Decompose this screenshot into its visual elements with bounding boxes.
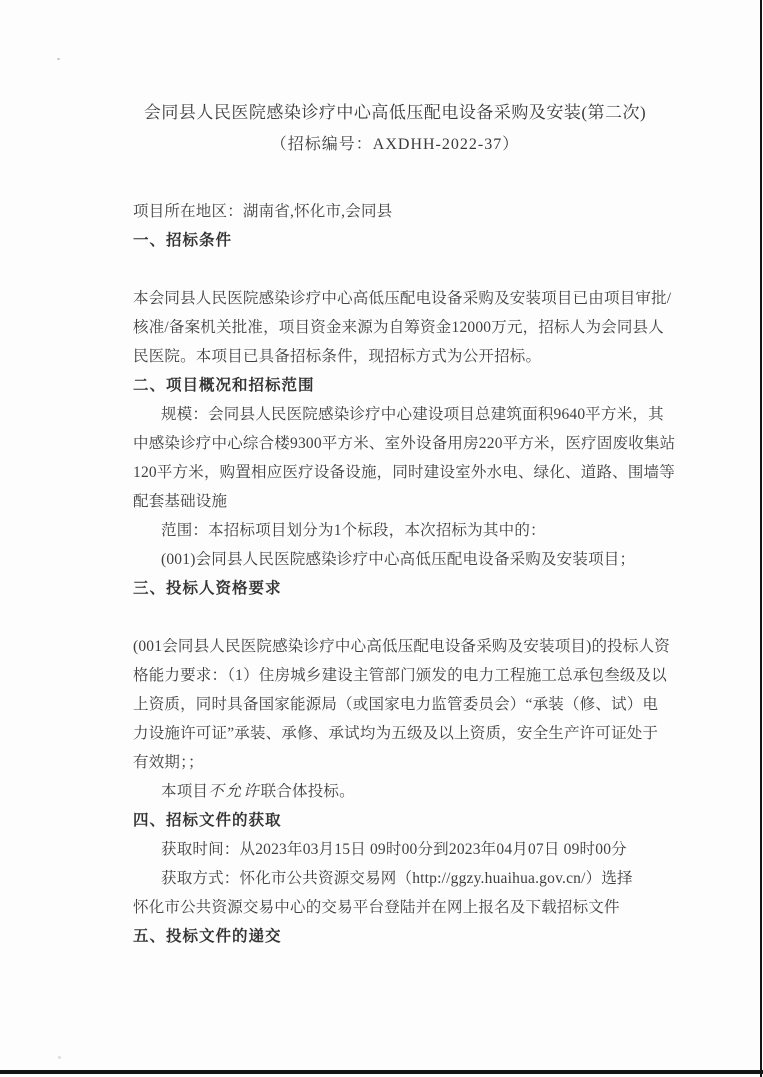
no-joint-venture-prefix: 本项目 xyxy=(161,783,208,800)
tender-number: （招标编号：AXDHH-2022-37） xyxy=(133,129,657,161)
para-line: 有效期；； xyxy=(133,748,657,777)
scan-speck xyxy=(58,1056,61,1059)
para-line: 民医院。本项目已具备招标条件，现招标方式为公开招标。 xyxy=(133,342,657,371)
spacer xyxy=(133,603,657,632)
no-joint-venture-suffix: 联合体投标。 xyxy=(261,783,355,800)
spacer xyxy=(133,161,657,197)
para-line: 配套基础设施 xyxy=(133,487,657,516)
project-location: 项目所在地区：湖南省,怀化市,会同县 xyxy=(133,197,657,226)
para-line-obtain-time: 获取时间：从2023年03月15日 09时00分到2023年04月07日 09时… xyxy=(133,835,657,864)
section-heading-3-bidder-qualifications: 三、投标人资格要求 xyxy=(133,574,657,603)
document-title: 会同县人民医院感染诊疗中心高低压配电设备采购及安装(第二次) xyxy=(133,97,657,129)
scan-speck xyxy=(57,58,60,60)
spacer xyxy=(133,255,657,284)
para-line-scale: 规模：会同县人民医院感染诊疗中心建设项目总建筑面积9640平方米，其 xyxy=(133,400,657,429)
para-line: 120平方米，购置相应医疗设备设施，同时建设室外水电、绿化、道路、围墙等 xyxy=(133,458,657,487)
document-body: 会同县人民医院感染诊疗中心高低压配电设备采购及安装(第二次) （招标编号：AXD… xyxy=(133,97,657,951)
section-heading-5-bid-submission: 五、投标文件的递交 xyxy=(133,922,657,951)
para-line-no-joint-venture: 本项目不允许联合体投标。 xyxy=(133,777,657,806)
para-line: 怀化市公共资源交易中心的交易平台登陆并在网上报名及下载招标文件 xyxy=(133,893,657,922)
para-line-obtain-method: 获取方式：怀化市公共资源交易网（http://ggzy.huaihua.gov.… xyxy=(133,864,657,893)
scan-edge-right xyxy=(760,0,762,1077)
no-joint-venture-emphasis: 不允许 xyxy=(208,783,261,800)
para-line-lot-001: (001)会同县人民医院感染诊疗中心高低压配电设备采购及安装项目； xyxy=(133,545,657,574)
section-heading-1-tender-conditions: 一、招标条件 xyxy=(133,226,657,255)
section-heading-2-project-overview: 二、项目概况和招标范围 xyxy=(133,371,657,400)
para-line-scope: 范围：本招标项目划分为1个标段，本次招标为其中的： xyxy=(133,516,657,545)
section-heading-4-obtaining-documents: 四、招标文件的获取 xyxy=(133,806,657,835)
para-line: 上资质，同时具备国家能源局（或国家电力监管委员会）“承装（修、试）电 xyxy=(133,690,657,719)
para-line: 本会同县人民医院感染诊疗中心高低压配电设备采购及安装项目已由项目审批/ xyxy=(133,284,657,313)
scanned-document-page: 会同县人民医院感染诊疗中心高低压配电设备采购及安装(第二次) （招标编号：AXD… xyxy=(0,0,763,1077)
para-line: (001会同县人民医院感染诊疗中心高低压配电设备采购及安装项目)的投标人资 xyxy=(133,632,657,661)
para-line: 核准/备案机关批准，项目资金来源为自筹资金12000万元，招标人为会同县人 xyxy=(133,313,657,342)
para-line: 中感染诊疗中心综合楼9300平方米、室外设备用房220平方米，医疗固废收集站 xyxy=(133,429,657,458)
para-line: 格能力要求：（1）住房城乡建设主管部门颁发的电力工程施工总承包叁级及以 xyxy=(133,661,657,690)
scan-edge-bottom xyxy=(0,1070,763,1074)
para-line: 力设施许可证”承装、承修、承试均为五级及以上资质，安全生产许可证处于 xyxy=(133,719,657,748)
